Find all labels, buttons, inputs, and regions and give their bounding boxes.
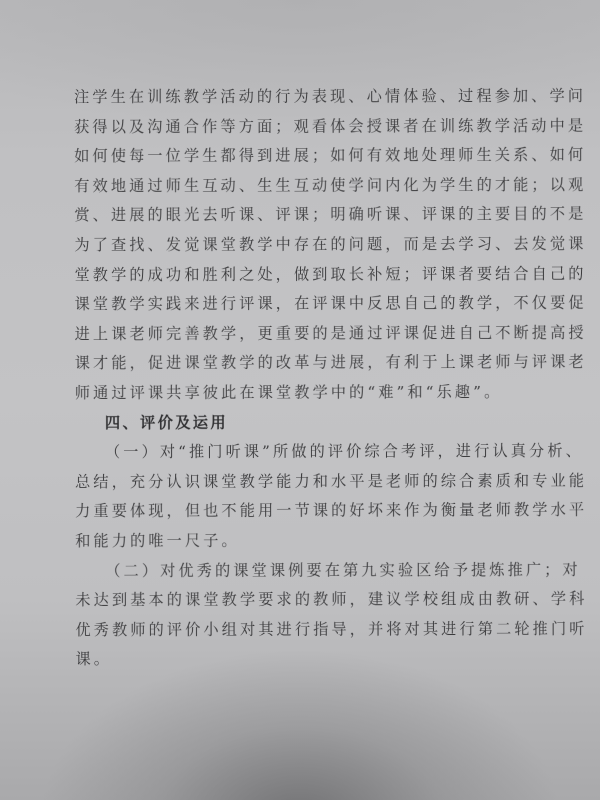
text-line: 力重要体现，但也不能用一节课的好坏来作为衡量老师教学水平 [75,496,531,527]
text-line: 师通过评课共享彼此在课堂教学中的“难”和“乐趣”。 [75,378,531,409]
text-line: 为了查找、发觉课堂教学中存在的问题，而是去学习、去发觉课 [74,230,530,261]
text-line: 获得以及沟通合作等方面；观看体会授课者在训练教学活动中是 [74,111,530,142]
text-line: 如何使每一位学生都得到进展；如何有效地处理师生关系、如何 [74,141,530,172]
section-heading-evaluation: 四、评价及运用 [75,407,531,438]
evaluation-item-2: （二）对优秀的课堂课例要在第九实验区给予提炼推广；对 未达到基本的课堂教学要求的… [75,555,531,675]
text-line: 和能力的唯一尺子。 [75,526,531,557]
text-line: 堂教学的成功和胜利之处，做到取长补短；评课者要结合自己的 [74,259,530,290]
text-line: 总结，充分认识课堂教学能力和水平是老师的综合素质和专业能 [75,467,531,498]
document-page: 注学生在训练教学活动的行为表现、心情体验、过程参加、学问 获得以及沟通合作等方面… [74,82,532,675]
text-line: 优秀教师的评价小组对其进行指导，并将对其进行第二轮推门听 [75,614,531,645]
text-line: 未达到基本的课堂教学要求的教师，建议学校组成由教研、学科 [75,585,531,616]
text-line: 进上课老师完善教学，更重要的是通过评课促进自己不断提高授 [75,319,531,350]
text-line: 课堂教学实践来进行评课，在评课中反思自己的教学，不仅要促 [75,289,531,320]
text-line: 注学生在训练教学活动的行为表现、心情体验、过程参加、学问 [74,82,530,113]
section-heading: 四、评价及运用 [75,407,531,438]
text-line: （二）对优秀的课堂课例要在第九实验区给予提炼推广；对 [75,555,531,586]
text-line: 课才能，促进课堂教学的改革与进展，有利于上课老师与评课老 [75,348,531,379]
text-line: （一）对“推门听课”所做的评价综合考评，进行认真分析、 [75,437,531,468]
text-line: 课。 [75,644,531,675]
text-line: 有效地通过师生互动、生生互动使学问内化为学生的才能；以观 [74,171,530,202]
paragraph-continued: 注学生在训练教学活动的行为表现、心情体验、过程参加、学问 获得以及沟通合作等方面… [74,82,531,409]
evaluation-item-1: （一）对“推门听课”所做的评价综合考评，进行认真分析、 总结，充分认识课堂教学能… [75,437,531,557]
text-line: 赏、进展的眼光去听课、评课；明确听课、评课的主要目的不是 [74,200,530,231]
